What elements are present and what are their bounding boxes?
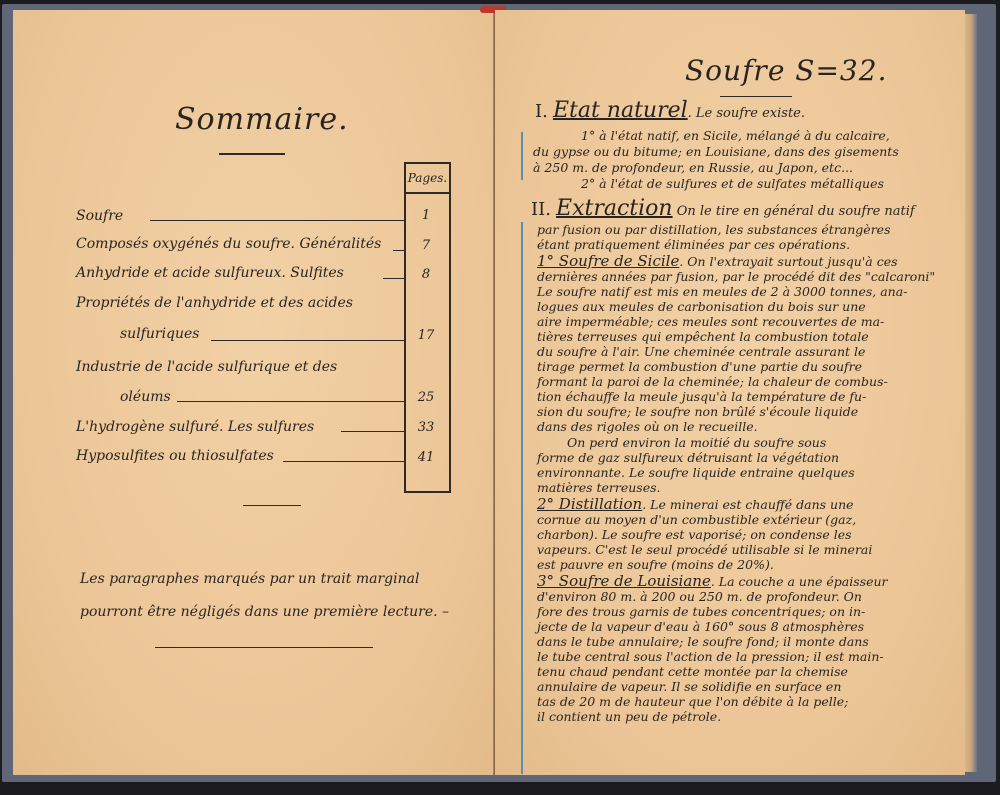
subsection-heading: 1° Soufre de Sicile	[537, 252, 679, 270]
right-page-soufre: Soufre S=32. I. Etat naturel. Le soufre …	[495, 10, 965, 775]
text-line: fore des trous garnis de tubes concentri…	[537, 604, 865, 619]
subsection-distillation-header: 2° Distillation. Le minerai est chauffé …	[537, 495, 854, 513]
section-extraction-header: II. Extraction On le tire en général du …	[531, 196, 915, 221]
text-line: dernières années par fusion, par le proc…	[537, 269, 935, 284]
toc-leader	[393, 250, 404, 251]
section-number: I.	[535, 101, 548, 122]
text-line: étant pratiquement éliminées par ces opé…	[537, 237, 850, 252]
toc-entry-industrie-acide-cont: oléums	[120, 389, 171, 405]
subsection-heading: 2° Distillation	[537, 495, 642, 513]
text-line: charbon). Le soufre est vaporisé; on con…	[537, 527, 852, 542]
text-line: forme de gaz sulfureux détruisant la vég…	[537, 450, 839, 465]
text-line: sion du soufre; le soufre non brûlé s'éc…	[537, 404, 858, 419]
toc-entry-hyposulfites: Hyposulfites ou thiosulfates	[76, 448, 274, 464]
title-underline	[219, 153, 285, 155]
section-intro: On le tire en général du soufre natif	[673, 204, 915, 219]
toc-page-number: 8	[406, 267, 446, 282]
toc-leader	[341, 431, 404, 432]
title-underline	[720, 96, 792, 97]
text-line: annulaire de vapeur. Il se solidifie en …	[537, 679, 841, 694]
subsection-louisiane-header: 3° Soufre de Louisiane. La couche a une …	[537, 572, 888, 590]
text-line: d'environ 80 m. à 200 ou 250 m. de profo…	[537, 589, 862, 604]
toc-leader	[177, 401, 404, 402]
note-line-2: pourront être négligés dans une première…	[80, 604, 449, 620]
subsection-intro: . On l'extrayait surtout jusqu'à ces	[679, 254, 897, 269]
text-line: du gypse ou du bitume; en Louisiane, dan…	[533, 144, 899, 159]
text-line: dans le tube annulaire; le soufre fond; …	[537, 634, 869, 649]
toc-page-number: 1	[406, 208, 446, 223]
text-line: matières terreuses.	[537, 480, 661, 495]
toc-leader	[211, 340, 404, 341]
text-line: On perd environ la moitié du soufre sous	[567, 435, 826, 450]
toc-entry-composes-oxygenes: Composés oxygénés du soufre. Généralités	[76, 236, 381, 252]
subsection-intro: . La couche a une épaisseur	[711, 574, 888, 589]
section-number: II.	[531, 199, 551, 220]
left-page-sommaire: Sommaire. Pages. Soufre 1 Composés oxygé…	[13, 10, 495, 775]
section-etat-naturel-header: I. Etat naturel. Le soufre existe.	[535, 98, 805, 123]
toc-leader	[383, 278, 404, 279]
separator-rule	[243, 505, 301, 506]
section-intro: . Le soufre existe.	[688, 106, 805, 121]
text-line: cornue au moyen d'un combustible extérie…	[537, 512, 856, 527]
text-line: aire imperméable; ces meules sont recouv…	[537, 314, 884, 329]
text-line: dans des rigoles où on le recueille.	[537, 419, 758, 434]
text-line: logues aux meules de carbonisation du bo…	[537, 299, 866, 314]
text-line: à 250 m. de profondeur, en Russie, au Ja…	[533, 160, 853, 175]
toc-page-number: 17	[406, 328, 446, 343]
text-line: tas de 20 m de hauteur que l'on débite à…	[537, 694, 848, 709]
toc-entry-anhydride-sulfureux: Anhydride et acide sulfureux. Sulfites	[76, 265, 344, 281]
toc-entry-hydrogene-sulfure: L'hydrogène sulfuré. Les sulfures	[76, 419, 314, 435]
toc-leader	[283, 461, 404, 462]
text-line: le tube central sous l'action de la pres…	[537, 649, 884, 664]
toc-entry-industrie-acide: Industrie de l'acide sulfurique et des	[76, 359, 337, 375]
text-line: tirage permet la combustion d'une partie…	[537, 359, 862, 374]
text-line: du soufre à l'air. Une cheminée centrale…	[537, 344, 865, 359]
text-line: tion échauffe la meule jusqu'à la tempér…	[537, 389, 866, 404]
bottom-rule	[155, 647, 373, 648]
page-edges	[965, 14, 977, 772]
text-line: est pauvre en soufre (moins de 20%).	[537, 557, 774, 572]
text-line: tenu chaud pendant cette montée par la c…	[537, 664, 848, 679]
section-heading: Etat naturel	[553, 98, 688, 123]
text-line: Le soufre natif est mis en meules de 2 à…	[537, 284, 907, 299]
text-line: formant la paroi de la cheminée; la chal…	[537, 374, 888, 389]
margin-marker-bar	[521, 222, 523, 774]
section-heading: Extraction	[556, 196, 673, 221]
toc-page-number: 41	[406, 450, 446, 465]
toc-page-number: 7	[406, 238, 446, 253]
toc-page-number: 25	[406, 390, 446, 405]
subsection-intro: . Le minerai est chauffé dans une	[642, 497, 853, 512]
toc-entry-proprietes-anhydride: Propriétés de l'anhydride et des acides	[76, 295, 353, 311]
toc-leader	[150, 220, 404, 221]
toc-page-number: 33	[406, 420, 446, 435]
text-line: par fusion ou par distillation, les subs…	[537, 222, 891, 237]
pages-column-header: Pages.	[406, 164, 449, 194]
page-title: Sommaire.	[175, 102, 349, 137]
note-line-1: Les paragraphes marqués par un trait mar…	[80, 571, 419, 587]
subsection-heading: 3° Soufre de Louisiane	[537, 572, 711, 590]
text-line: 2° à l'état de sulfures et de sulfates m…	[581, 176, 884, 191]
text-line: 1° à l'état natif, en Sicile, mélangé à …	[581, 128, 890, 143]
text-line: jecte de la vapeur d'eau à 160° sous 8 a…	[537, 619, 864, 634]
toc-entry-proprietes-anhydride-cont: sulfuriques	[120, 326, 200, 342]
text-line: tières terreuses qui empêchent la combus…	[537, 329, 869, 344]
toc-entry-soufre: Soufre	[76, 208, 123, 224]
margin-marker-bar	[521, 132, 523, 180]
text-line: environnante. Le soufre liquide entraine…	[537, 465, 855, 480]
subsection-sicile-header: 1° Soufre de Sicile. On l'extrayait surt…	[537, 252, 898, 270]
text-line: il contient un peu de pétrole.	[537, 709, 721, 724]
text-line: vapeurs. C'est le seul procédé utilisabl…	[537, 542, 872, 557]
page-title: Soufre S=32.	[685, 54, 887, 87]
